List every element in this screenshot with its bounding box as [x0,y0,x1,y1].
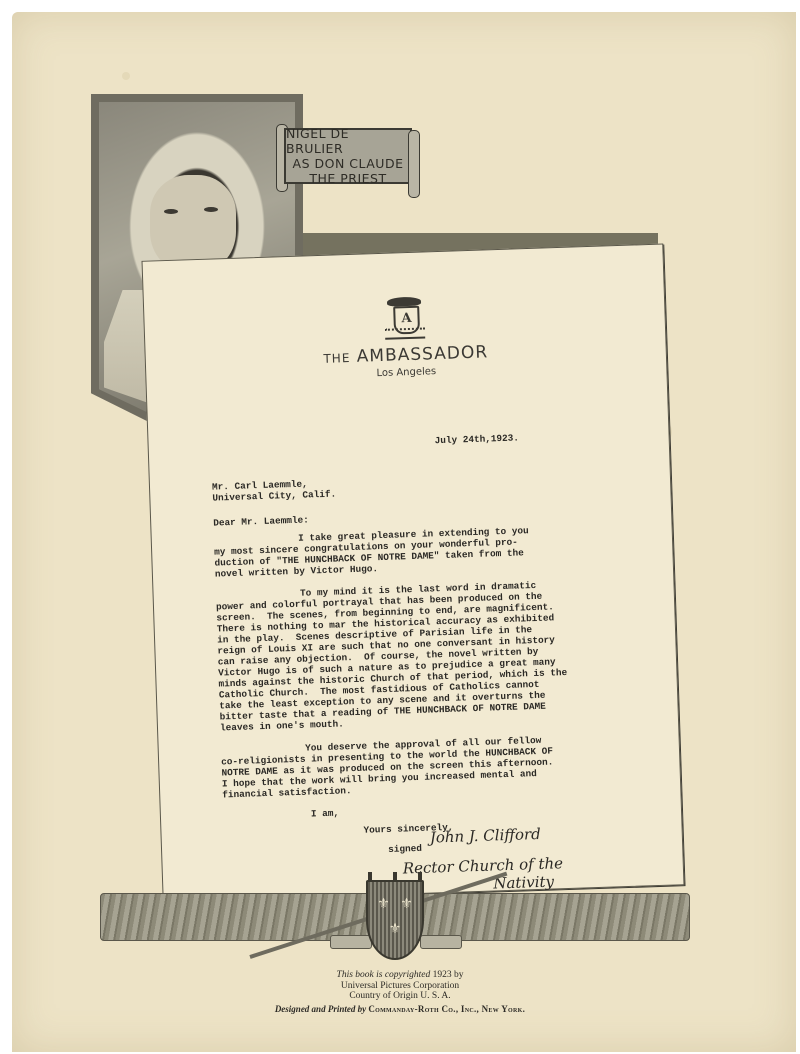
letter-date: July 24th,1923. [434,432,519,446]
caption-line: THE PRIEST [309,171,386,186]
letter-paragraph: To my mind it is the last word in dramat… [215,579,568,733]
fleur-de-lis-shield-icon: ⚜ ⚜ ⚜ [366,880,424,960]
letter-paragraph: You deserve the approval of all our fell… [221,734,555,800]
scroll-end-right [408,130,420,198]
letter-paragraph: I take great pleasure in extending to yo… [214,525,530,579]
caption-line: NIGEL DE BRULIER [286,126,410,156]
caption-banner: NIGEL DE BRULIER AS DON CLAUDE THE PRIES… [284,128,412,184]
fleur-de-lis-icon: ⚜ [400,896,413,913]
ribbon-right [420,935,462,949]
fleur-de-lis-icon: ⚜ [377,896,390,913]
closing: I am, [311,808,339,820]
fleur-de-lis-icon: ⚜ [372,921,418,938]
letterhead: A THE AMBASSADOR Los Angeles [144,289,666,387]
letter-page: A THE AMBASSADOR Los Angeles July 24th,1… [142,244,685,903]
copyright-notice: This book is copyrighted 1923 by Univers… [0,970,800,1002]
printer-credit: Designed and Printed by Commanday-Roth C… [0,1004,800,1014]
caption-line: AS DON CLAUDE [293,156,404,171]
signature: John J. Clifford [429,825,541,847]
salutation: Dear Mr. Laemmle: [213,514,309,528]
signed-label: signed [388,843,422,855]
hotel-crest-icon: A [381,296,428,340]
recipient-address: Mr. Carl Laemmle,Universal City, Calif. [212,478,336,504]
ribbon-left [330,935,372,949]
